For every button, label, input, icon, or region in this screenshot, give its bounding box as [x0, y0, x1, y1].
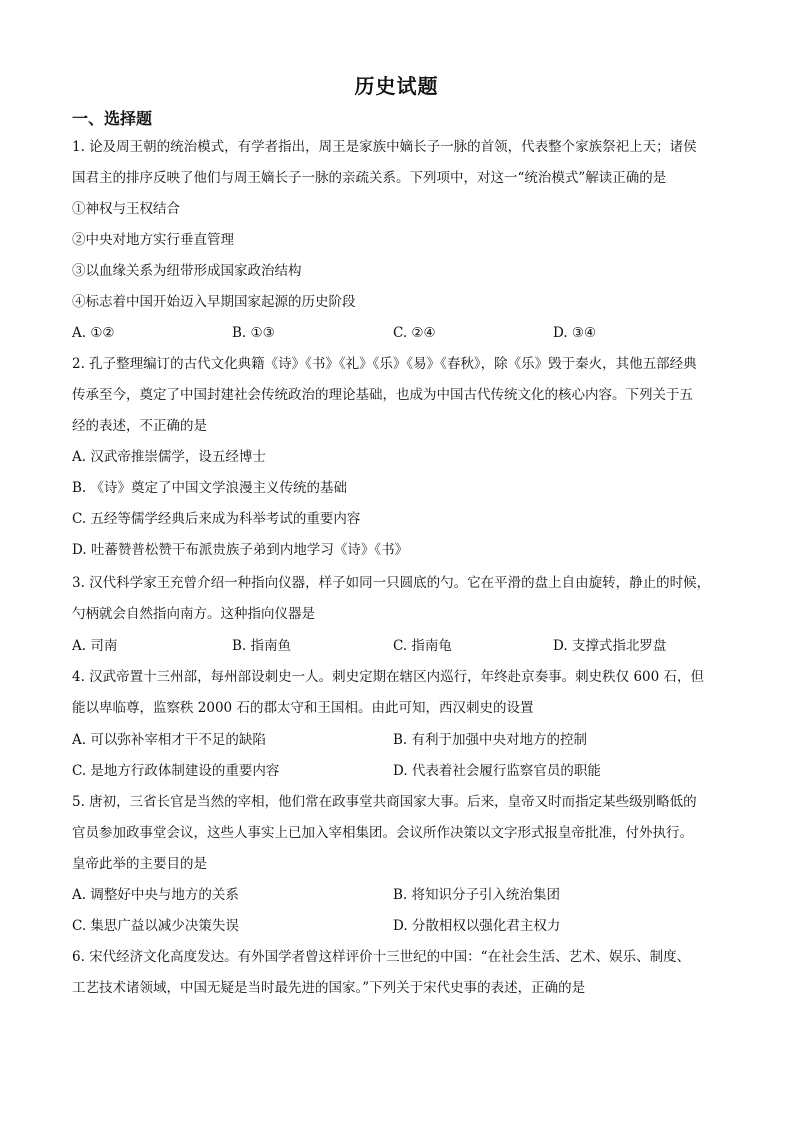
- q2-stem-line-1: 2. 孔子整理编订的古代文化典籍《诗》《书》《礼》《乐》《易》《春秋》，除《乐》…: [72, 354, 697, 374]
- q1-stem-line-1: 1. 论及周王朝的统治模式，有学者指出，周王是家族中嫡长子一脉的首领，代表整个家…: [72, 137, 697, 157]
- q4-stem-line-1: 4. 汉武帝置十三州部，每州部设刺史一人。刺史定期在辖区内巡行，年终赴京奏事。刺…: [72, 667, 704, 687]
- q4-option-a: A. 可以弥补宰相才干不足的缺陷: [72, 730, 266, 750]
- q5-stem-line-3: 皇帝此举的主要目的是: [72, 854, 207, 874]
- q4-option-d: D. 代表着社会履行监察官员的职能: [393, 761, 601, 781]
- q1-option-a: A. ①②: [72, 323, 115, 343]
- q1-statement-4: ④标志着中国开始迈入早期国家起源的历史阶段: [72, 292, 356, 312]
- q5-stem-line-2: 官员参加政事堂会议，这些人事实上已加入宰相集团。会议所作决策以文字形式报皇帝批准…: [72, 823, 693, 843]
- q4-option-c: C. 是地方行政体制建设的重要内容: [72, 761, 279, 781]
- q2-option-c: C. 五经等儒学经典后来成为科举考试的重要内容: [72, 509, 360, 529]
- q1-option-b: B. ①③: [232, 323, 275, 343]
- q3-stem-line-2: 勺柄就会自然指向南方。这种指向仪器是: [72, 604, 315, 624]
- q3-stem-line-1: 3. 汉代科学家王充曾介绍一种指向仪器，样子如同一只圆底的勺。它在平滑的盘上自由…: [72, 573, 710, 593]
- page-title: 历史试题: [0, 70, 793, 99]
- q1-stem-line-2: 国君主的排序反映了他们与周王嫡长子一脉的亲疏关系。下列项中，对这一“统治模式”解…: [72, 168, 666, 188]
- exam-page: 历史试题 一、选择题 1. 论及周王朝的统治模式，有学者指出，周王是家族中嫡长子…: [0, 0, 793, 1122]
- q6-stem-line-1: 6. 宋代经济文化高度发达。有外国学者曾这样评价十三世纪的中国：“在社会生活、艺…: [72, 947, 690, 967]
- q1-statement-1: ①神权与王权结合: [72, 199, 180, 219]
- q5-stem-line-1: 5. 唐初，三省长官是当然的宰相，他们常在政事堂共商国家大事。后来，皇帝又时而指…: [72, 792, 697, 812]
- q3-option-c: C. 指南龟: [393, 636, 452, 656]
- q1-statement-3: ③以血缘关系为纽带形成国家政治结构: [72, 261, 302, 281]
- q2-option-a: A. 汉武帝推崇儒学，设五经博士: [72, 447, 266, 467]
- q3-option-b: B. 指南鱼: [232, 636, 291, 656]
- q1-option-c: C. ②④: [393, 323, 436, 343]
- q2-option-b: B. 《诗》奠定了中国文学浪漫主义传统的基础: [72, 478, 347, 498]
- q5-option-d: D. 分散相权以强化君主权力: [393, 916, 560, 936]
- q1-statement-2: ②中央对地方实行垂直管理: [72, 230, 234, 250]
- q5-option-a: A. 调整好中央与地方的关系: [72, 885, 239, 905]
- q1-option-d: D. ③④: [553, 323, 596, 343]
- q2-stem-line-3: 经的表述，不正确的是: [72, 416, 207, 436]
- q6-stem-line-2: 工艺技术诸领域，中国无疑是当时最先进的国家。”下列关于宋代史事的表述，正确的是: [72, 978, 585, 998]
- q5-option-c: C. 集思广益以减少决策失误: [72, 916, 239, 936]
- q5-option-b: B. 将知识分子引入统治集团: [393, 885, 560, 905]
- q2-stem-line-2: 传承至今，奠定了中国封建社会传统政治的理论基础，也成为中国古代传统文化的核心内容…: [72, 385, 693, 405]
- q4-option-b: B. 有利于加强中央对地方的控制: [393, 730, 587, 750]
- q3-option-a: A. 司南: [72, 636, 117, 656]
- q2-option-d: D. 吐蕃赞普松赞干布派贵族子弟到内地学习《诗》《书》: [72, 540, 408, 560]
- section-heading: 一、选择题: [72, 106, 152, 129]
- q4-stem-line-2: 能以卑临尊，监察秩 2000 石的郡太守和王国相。由此可知，西汉刺史的设置: [72, 698, 533, 718]
- q3-option-d: D. 支撑式指北罗盘: [553, 636, 666, 656]
